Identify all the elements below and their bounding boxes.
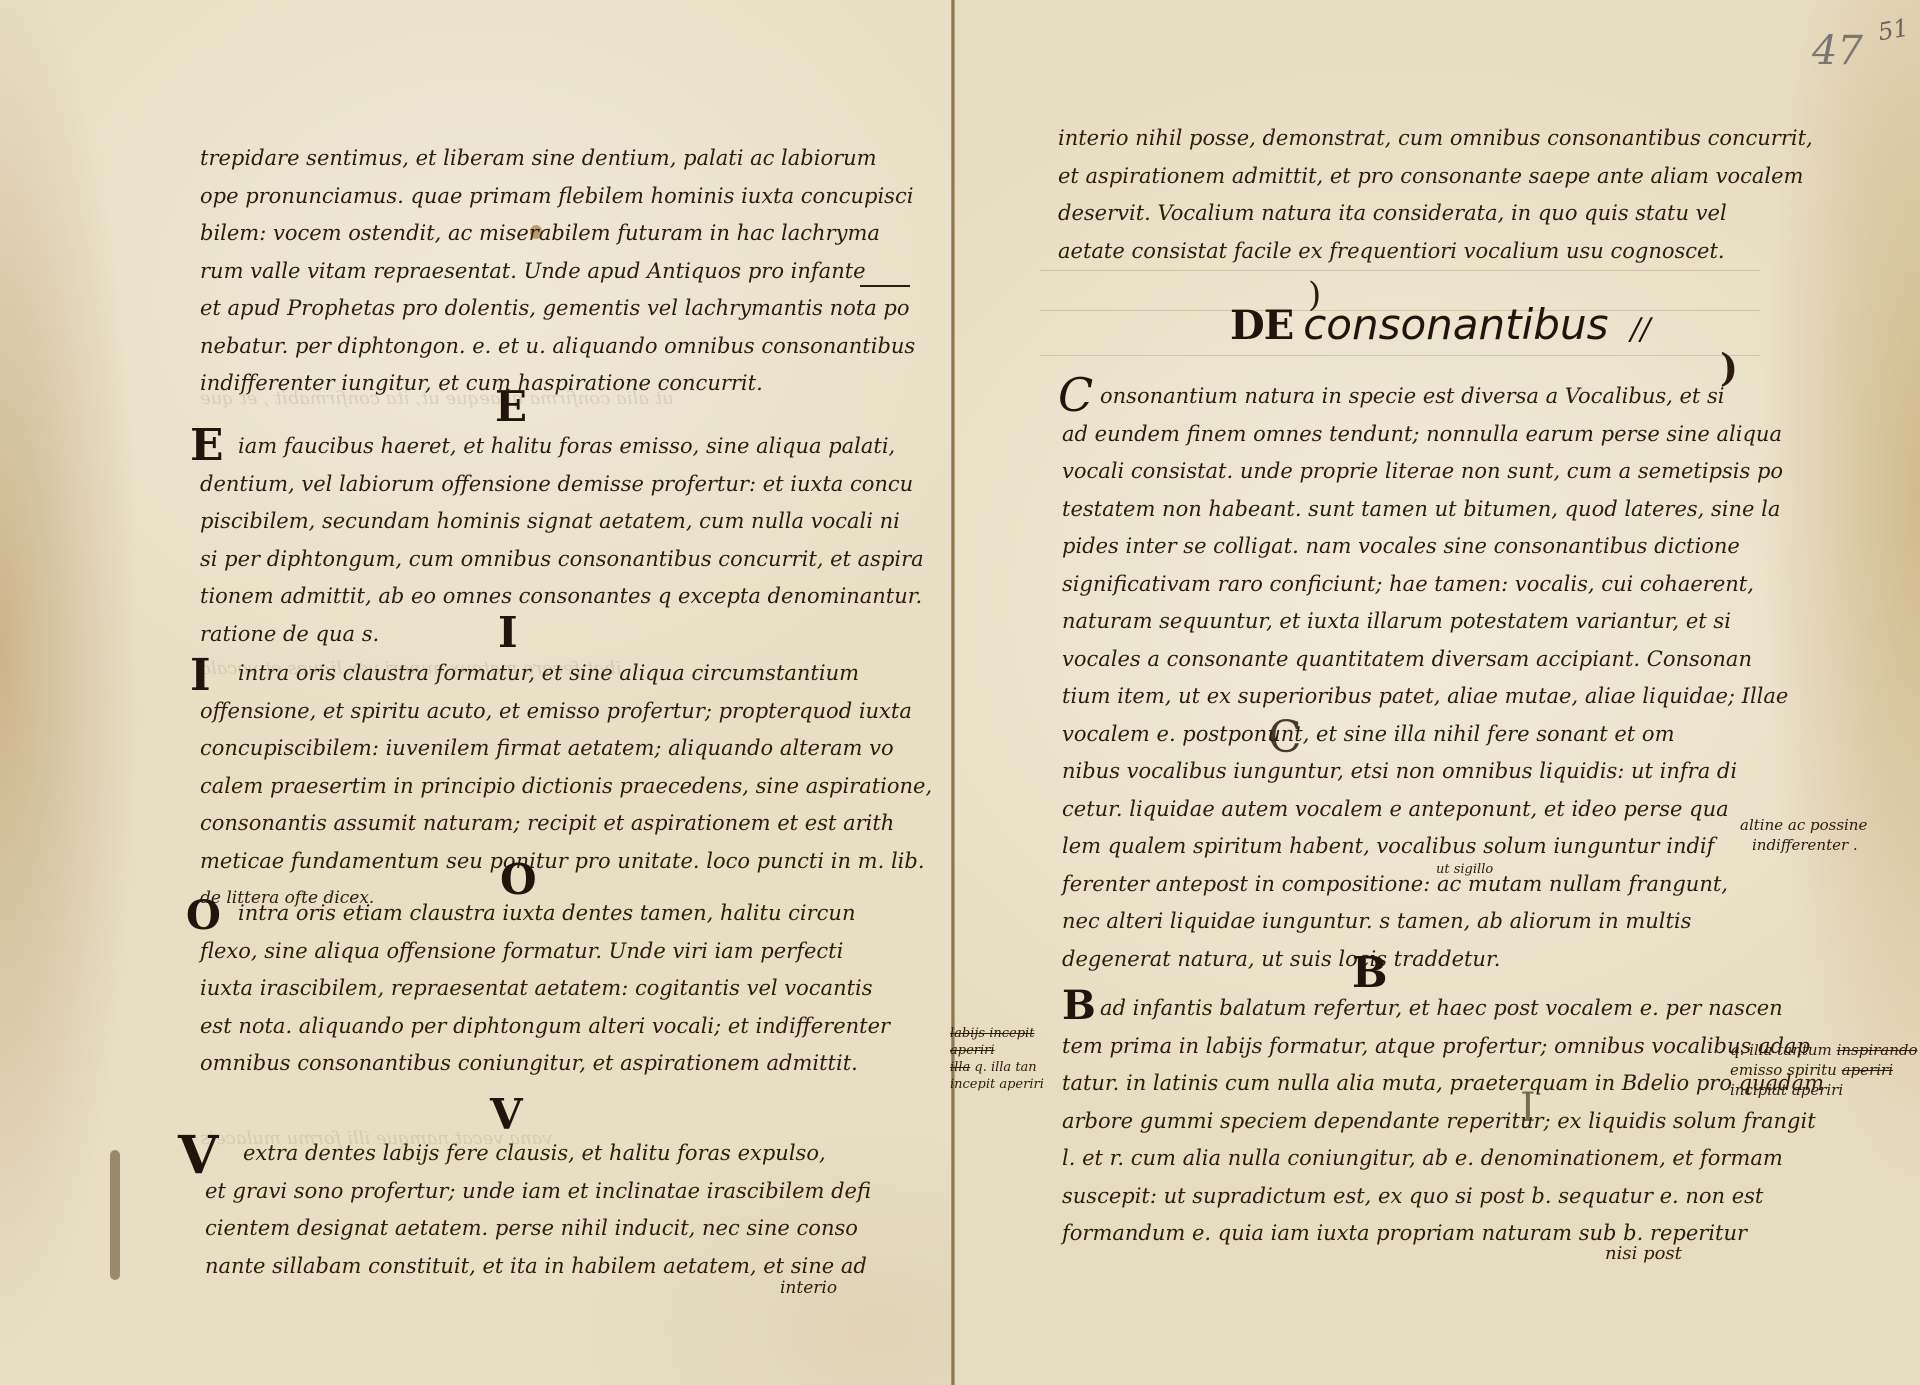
text-line: suscepit: ut supradictum est, ex quo si …: [1062, 1178, 1824, 1216]
text-line: si per diphtongum, cum omnibus consonant…: [200, 541, 924, 579]
text-line: concupiscibilem: iuvenilem firmat aetate…: [200, 730, 932, 768]
margin-note-struck: aperiri: [950, 1043, 995, 1058]
text-line: tatur. in latinis cum nulla alia muta, p…: [1062, 1065, 1824, 1103]
text-line: ad eundem finem omnes tendunt; nonnulla …: [1062, 416, 1788, 454]
margin-note-gutter: labijs incepit aperiri illa q. illa tan …: [950, 1025, 1044, 1093]
text-line: offensione, et spiritu acuto, et emisso …: [200, 693, 932, 731]
right-continuation-text: interio nihil posse, demonstrat, cum omn…: [1058, 120, 1813, 270]
margin-note-struck: inspirando: [1837, 1041, 1918, 1059]
margin-note-struck: labijs incepit: [950, 1026, 1034, 1041]
text-line: indifferenter iungitur, et cum haspirati…: [200, 365, 915, 403]
text-line: arbore gummi speciem dependante reperitu…: [1062, 1103, 1824, 1141]
text-line: ad infantis balatum refertur, et haec po…: [1062, 990, 1824, 1028]
text-line: tem prima in labijs formatur, atque prof…: [1062, 1028, 1824, 1066]
margin-note-line: incipiat aperiri: [1730, 1081, 1843, 1099]
text-line: rum valle vitam repraesentat. Unde apud …: [200, 253, 915, 291]
folio-number: 47: [1812, 28, 1863, 74]
text-line: significativam raro conficiunt; hae tame…: [1062, 566, 1788, 604]
margin-note-right-upper: altine ac possine indifferenter .: [1740, 815, 1867, 855]
intro-text: onsonantium natura in specie est diversa…: [1062, 378, 1788, 978]
ink-stain: [110, 1150, 120, 1280]
margin-note-right-lower: q. illa tantum inspirando emisso spiritu…: [1730, 1040, 1918, 1100]
catchword-right: nisi post: [1605, 1235, 1682, 1273]
text-line: est nota. aliquando per diphtongum alter…: [200, 1008, 890, 1046]
margin-note-line: altine ac possine: [1740, 815, 1867, 835]
text-line: l. et r. cum alia nulla coniungitur, ab …: [1062, 1140, 1824, 1178]
text-line: formandum e. quia iam iuxta propriam nat…: [1062, 1215, 1824, 1253]
text-line: vocalem e. postponunt, et sine illa nihi…: [1062, 716, 1788, 754]
margin-dash: [860, 285, 910, 287]
folio-number-old: 51: [1876, 14, 1911, 47]
text-line: lem qualem spiritum habent, vocalibus so…: [1062, 828, 1788, 866]
text-line: naturam sequuntur, et iuxta illarum pote…: [1062, 603, 1788, 641]
text-line: et apud Prophetas pro dolentis, gementis…: [200, 290, 915, 328]
section-title-de-consonantibus: DEconsonantibus//: [1230, 300, 1651, 349]
text-line: meticae fundamentum seu ponitur pro unit…: [200, 843, 932, 881]
text-line: deservit. Vocalium natura ita considerat…: [1058, 195, 1813, 233]
catchword-left: interio: [780, 1270, 837, 1308]
text-line: nibus vocalibus iunguntur, etsi non omni…: [1062, 753, 1788, 791]
text-line: consonantis assumit naturam; recipit et …: [200, 805, 932, 843]
text-line: iuxta irascibilem, repraesentat aetatem:…: [200, 970, 890, 1008]
section-title-mark: //: [1630, 312, 1650, 347]
section-v-text: extra dentes labijs fere clausis, et hal…: [205, 1135, 871, 1285]
text-line: flexo, sine aliqua offensione formatur. …: [200, 933, 890, 971]
text-line: ope pronunciamus. quae primam flebilem h…: [200, 178, 915, 216]
text-line: intra oris claustra formatur, et sine al…: [200, 655, 932, 693]
text-line: tionem admittit, ab eo omnes consonantes…: [200, 578, 924, 616]
text-line: et aspirationem admittit, et pro consona…: [1058, 158, 1813, 196]
text-line: cetur. liquidae autem vocalem e anteponu…: [1062, 791, 1788, 829]
section-heading-v: V: [490, 1090, 523, 1139]
overlay-letter-c: C: [1268, 712, 1302, 763]
text-line: dentium, vel labiorum offensione demisse…: [200, 466, 924, 504]
text-line: degenerat natura, ut suis locis traddetu…: [1062, 941, 1788, 979]
text-line: ratione de qua s.: [200, 616, 924, 654]
text-line: aetate consistat facile ex frequentiori …: [1058, 233, 1813, 271]
margin-note-line: indifferenter .: [1740, 835, 1867, 855]
text-line: tium item, ut ex superioribus patet, ali…: [1062, 678, 1788, 716]
section-b-text: ad infantis balatum refertur, et haec po…: [1062, 990, 1824, 1253]
ruling-line: [1040, 270, 1760, 271]
text-line: extra dentes labijs fere clausis, et hal…: [205, 1135, 871, 1173]
margin-note-line: q. illa tan: [974, 1060, 1036, 1075]
margin-note-line: q. illa tantum: [1730, 1041, 1832, 1059]
section-title-rest: consonantibus: [1303, 300, 1608, 349]
book-gutter: [951, 0, 955, 1385]
section-title-prefix: DE: [1230, 302, 1293, 349]
text-line: nebatur. per diphtongon. e. et u. aliqua…: [200, 328, 915, 366]
text-line: intra oris etiam claustra iuxta dentes t…: [200, 895, 890, 933]
text-line: testatem non habeant. sunt tamen ut bitu…: [1062, 491, 1788, 529]
text-line: vocali consistat. unde proprie literae n…: [1062, 453, 1788, 491]
text-line: iam faucibus haeret, et halitu foras emi…: [200, 428, 924, 466]
section-e-text: iam faucibus haeret, et halitu foras emi…: [200, 428, 924, 653]
section-o-text: intra oris etiam claustra iuxta dentes t…: [200, 895, 890, 1083]
margin-note-struck: aperiri: [1842, 1061, 1893, 1079]
text-line: omnibus consonantibus coniungitur, et as…: [200, 1045, 890, 1083]
text-line: nante sillabam constituit, et ita in hab…: [205, 1248, 871, 1286]
text-line: nec alteri liquidae iunguntur. s tamen, …: [1062, 903, 1788, 941]
text-line: pides inter se colligat. nam vocales sin…: [1062, 528, 1788, 566]
text-line: vocales a consonante quantitatem diversa…: [1062, 641, 1788, 679]
text-line: calem praesertim in principio dictionis …: [200, 768, 932, 806]
section-heading-i: I: [498, 608, 518, 657]
interlinear-note: ut sigillo: [1436, 860, 1493, 880]
text-line: interio nihil posse, demonstrat, cum omn…: [1058, 120, 1813, 158]
margin-note-line: emisso spiritu: [1730, 1061, 1837, 1079]
ruling-line: [1040, 355, 1760, 356]
section-i-text: intra oris claustra formatur, et sine al…: [200, 655, 932, 918]
left-continuation-text: trepidare sentimus, et liberam sine dent…: [200, 140, 915, 403]
text-line: piscibilem, secundam hominis signat aeta…: [200, 503, 924, 541]
text-line: cientem designat aetatem. perse nihil in…: [205, 1210, 871, 1248]
text-line: ferenter antepost in compositione: ac mu…: [1062, 866, 1788, 904]
section-heading-e: E: [495, 382, 527, 431]
text-line: et gravi sono profertur; unde iam et inc…: [205, 1173, 871, 1211]
margin-note-struck: illa: [950, 1060, 970, 1075]
text-line: trepidare sentimus, et liberam sine dent…: [200, 140, 915, 178]
text-line: onsonantium natura in specie est diversa…: [1062, 378, 1788, 416]
margin-note-line: incepit aperiri: [950, 1077, 1044, 1092]
text-line: bilem: vocem ostendit, ac miserabilem fu…: [200, 215, 915, 253]
